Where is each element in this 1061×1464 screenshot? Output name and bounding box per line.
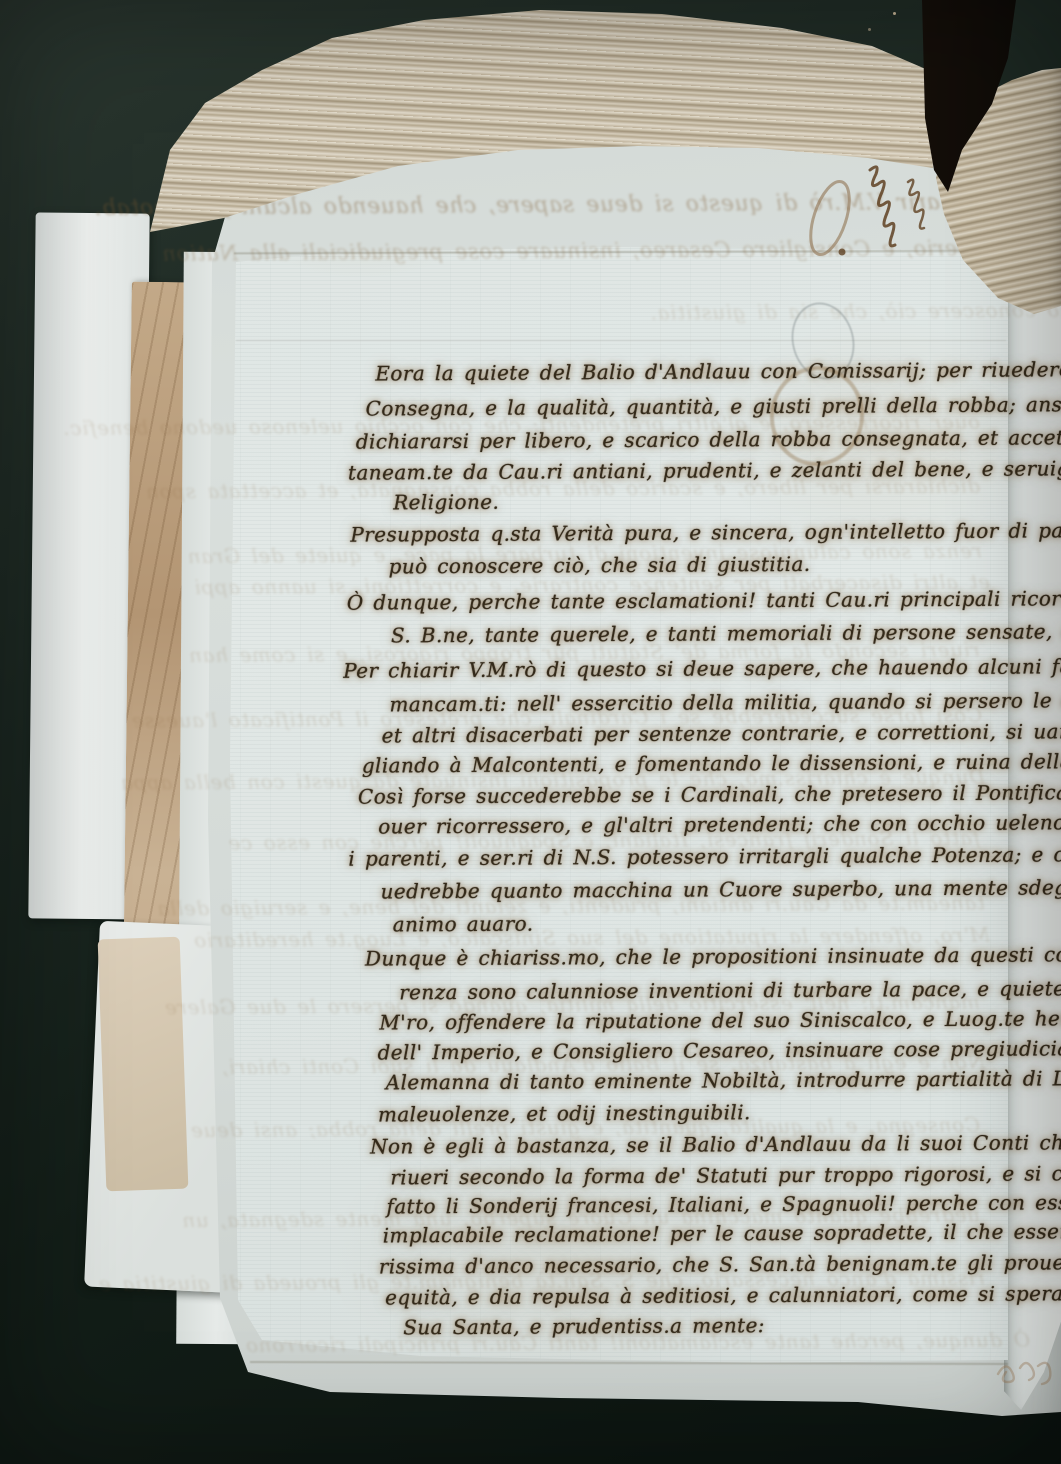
- manuscript-line: S. B.ne, tante querele, e tanti memorial…: [391, 619, 1061, 648]
- manuscript-line: può conoscere ciò, che sia di giustitia.: [388, 552, 810, 579]
- manuscript-line: Ò dunque, perche tante esclamationi! tan…: [347, 586, 1061, 615]
- manuscript-line: M'ro, offendere la riputatione del suo S…: [379, 1006, 1061, 1035]
- manuscript-line: implacabile reclamatione! per le cause s…: [383, 1219, 1061, 1248]
- manuscript-line: uedrebbe quanto macchina un Cuore superb…: [380, 875, 1061, 904]
- manuscript-line: equità, e dia repulsa à seditiosi, e cal…: [385, 1281, 1061, 1310]
- manuscript-line: fatto li Sonderij francesi, Italiani, e …: [386, 1190, 1061, 1218]
- manuscript-line: Consegna, e la qualità, quantità, e gius…: [366, 392, 1061, 421]
- manuscript-line: dell' Imperio, e Consigliero Cesareo, in…: [377, 1035, 1061, 1064]
- manuscript-line: dichiararsi per libero, e scarico della …: [356, 425, 1061, 454]
- manuscript-line: Presupposta q.sta Verità pura, e sincera…: [350, 518, 1061, 547]
- manuscript-line: taneam.te da Cau.ri antiani, prudenti, e…: [348, 456, 1061, 485]
- manuscript-line: maleuolenze, et odij inestinguibili.: [378, 1100, 751, 1126]
- manuscript-line: Alemanna di tanto eminente Nobiltà, intr…: [386, 1066, 1061, 1095]
- manuscript-line: et altri disacerbati per sentenze contra…: [382, 719, 1061, 748]
- manuscript-line: mancam.ti: nell' essercitio della militi…: [389, 688, 1061, 717]
- manuscript-line: Per chiarir V.M.rò di questo si deue sap…: [343, 654, 1061, 683]
- manuscript-photo: Per chiarir V.M.rò di questo si deue sap…: [0, 0, 1061, 1464]
- manuscript-line: Eora la quiete del Balio d'Andlauu con C…: [375, 357, 1061, 386]
- manuscript-line: Non è egli à bastanza, se il Balio d'And…: [370, 1130, 1061, 1159]
- manuscript-line: gliando à Malcontenti, e fomentando le d…: [362, 749, 1061, 778]
- manuscript-line: Religione.: [393, 490, 499, 515]
- manuscript-line: i parenti, e ser.ri di N.S. potessero ir…: [348, 842, 1061, 871]
- manuscript-line: renza sono calunniose inventioni di turb…: [399, 976, 1061, 1005]
- manuscript-line: Dunque è chiariss.mo, che le proposition…: [365, 941, 1061, 970]
- manuscript-line: animo auaro.: [393, 912, 534, 937]
- manuscript-line: Sua Santa, e prudentiss.a mente:: [403, 1313, 765, 1339]
- manuscript-line: Così forse succederebbe se i Cardinali, …: [358, 780, 1061, 809]
- manuscript-line: ouer ricorressero, e gl'altri pretendent…: [378, 809, 1061, 838]
- manuscript-line: riueri secondo la forma de' Statuti pur …: [390, 1161, 1061, 1190]
- manuscript-line: rissima d'anco necessario, che S. San.tà…: [379, 1249, 1061, 1278]
